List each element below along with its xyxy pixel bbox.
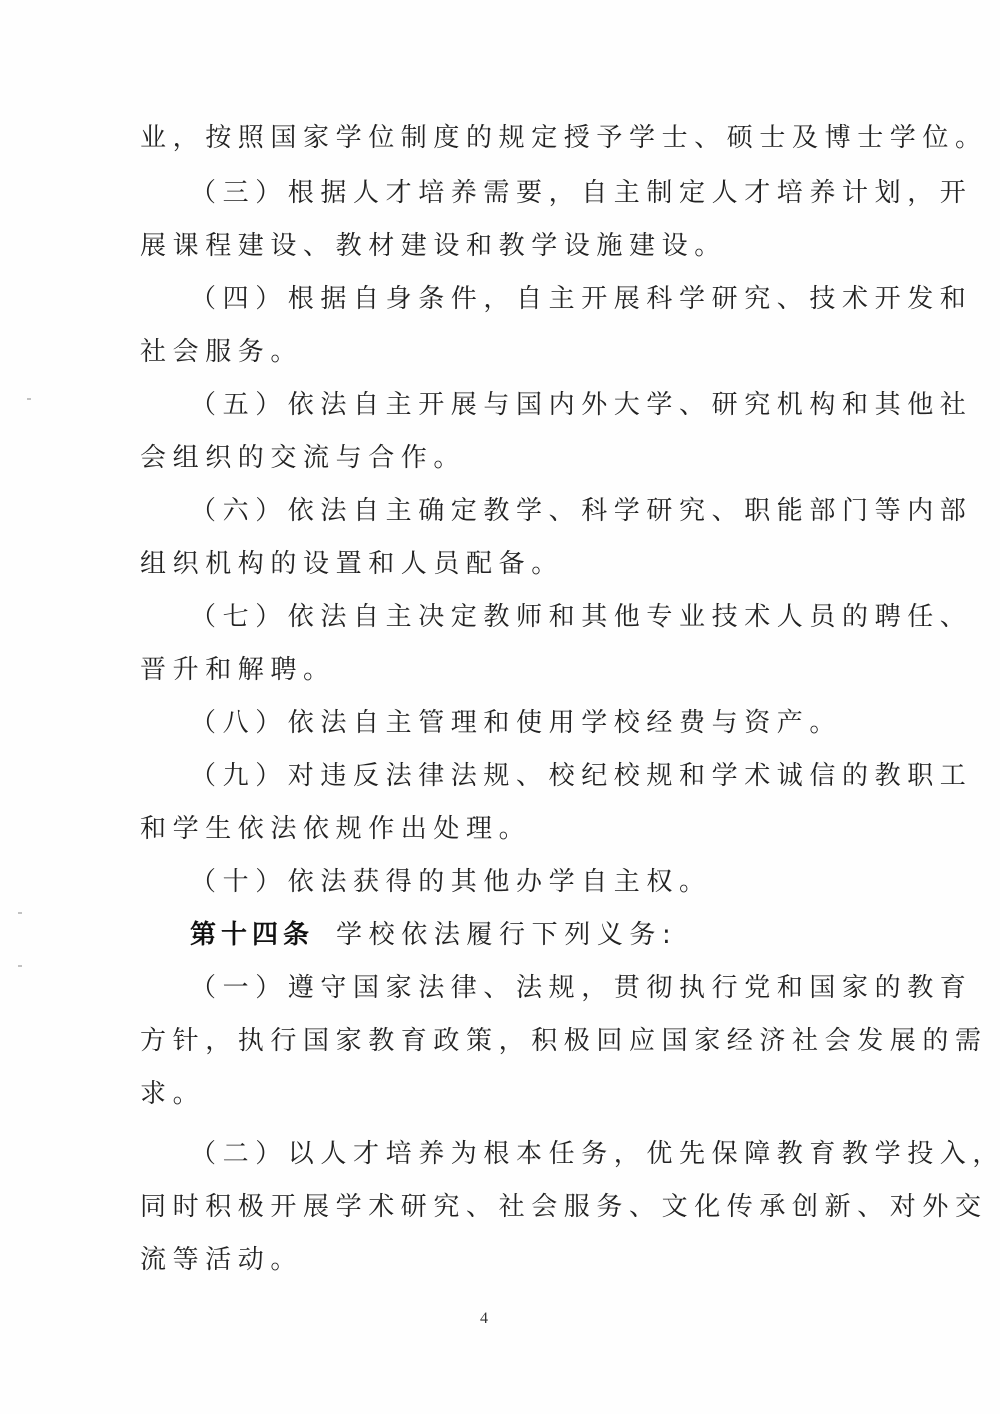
- clause-6-line-1: （六）依法自主确定教学、科学研究、职能部门等内部: [190, 494, 972, 528]
- duty-2-line-2: 同时积极开展学术研究、社会服务、文化传承创新、对外交: [140, 1190, 988, 1224]
- clause-5-line-2: 会组织的交流与合作。: [140, 441, 466, 475]
- article-label: 第十四条: [190, 920, 314, 950]
- scan-speck: [27, 398, 31, 400]
- duty-2-line-3: 流等活动。: [140, 1243, 303, 1277]
- duty-2-line-1: （二）以人才培养为根本任务，优先保障教育教学投入，: [190, 1137, 1000, 1171]
- clause-4-line-2: 社会服务。: [140, 335, 303, 369]
- clause-4-line-1: （四）根据自身条件，自主开展科学研究、技术开发和: [190, 282, 972, 316]
- clause-7-line-2: 晋升和解聘。: [140, 653, 336, 687]
- clause-3-line-1: （三）根据人才培养需要，自主制定人才培养计划，开: [190, 176, 972, 210]
- clause-8-line-1: （八）依法自主管理和使用学校经费与资产。: [190, 706, 842, 740]
- clause-9-line-2: 和学生依法依规作出处理。: [140, 812, 531, 846]
- article-14-heading: 第十四条学校依法履行下列义务:: [190, 918, 677, 952]
- document-page: 业，按照国家学位制度的规定授予学士、硕士及博士学位。 （三）根据人才培养需要，自…: [0, 0, 1000, 1414]
- clause-5-line-1: （五）依法自主开展与国内外大学、研究机构和其他社: [190, 388, 972, 422]
- page-number: 4: [480, 1310, 488, 1328]
- duty-1-line-1: （一）遵守国家法律、法规，贯彻执行党和国家的教育: [190, 971, 972, 1005]
- clause-7-line-1: （七）依法自主决定教师和其他专业技术人员的聘任、: [190, 600, 972, 634]
- scan-speck: [18, 912, 22, 914]
- scan-speck: [18, 965, 22, 967]
- clause-6-line-2: 组织机构的设置和人员配备。: [140, 547, 564, 581]
- clause-3-line-2: 展课程建设、教材建设和教学设施建设。: [140, 229, 727, 263]
- text-line-1: 业，按照国家学位制度的规定授予学士、硕士及博士学位。: [140, 121, 988, 155]
- duty-1-line-3: 求。: [140, 1077, 205, 1111]
- clause-10-line-1: （十）依法获得的其他办学自主权。: [190, 865, 712, 899]
- clause-9-line-1: （九）对违反法律法规、校纪校规和学术诚信的教职工: [190, 759, 972, 793]
- duty-1-line-2: 方针，执行国家教育政策，积极回应国家经济社会发展的需: [140, 1024, 988, 1058]
- article-text: 学校依法履行下列义务:: [336, 920, 677, 950]
